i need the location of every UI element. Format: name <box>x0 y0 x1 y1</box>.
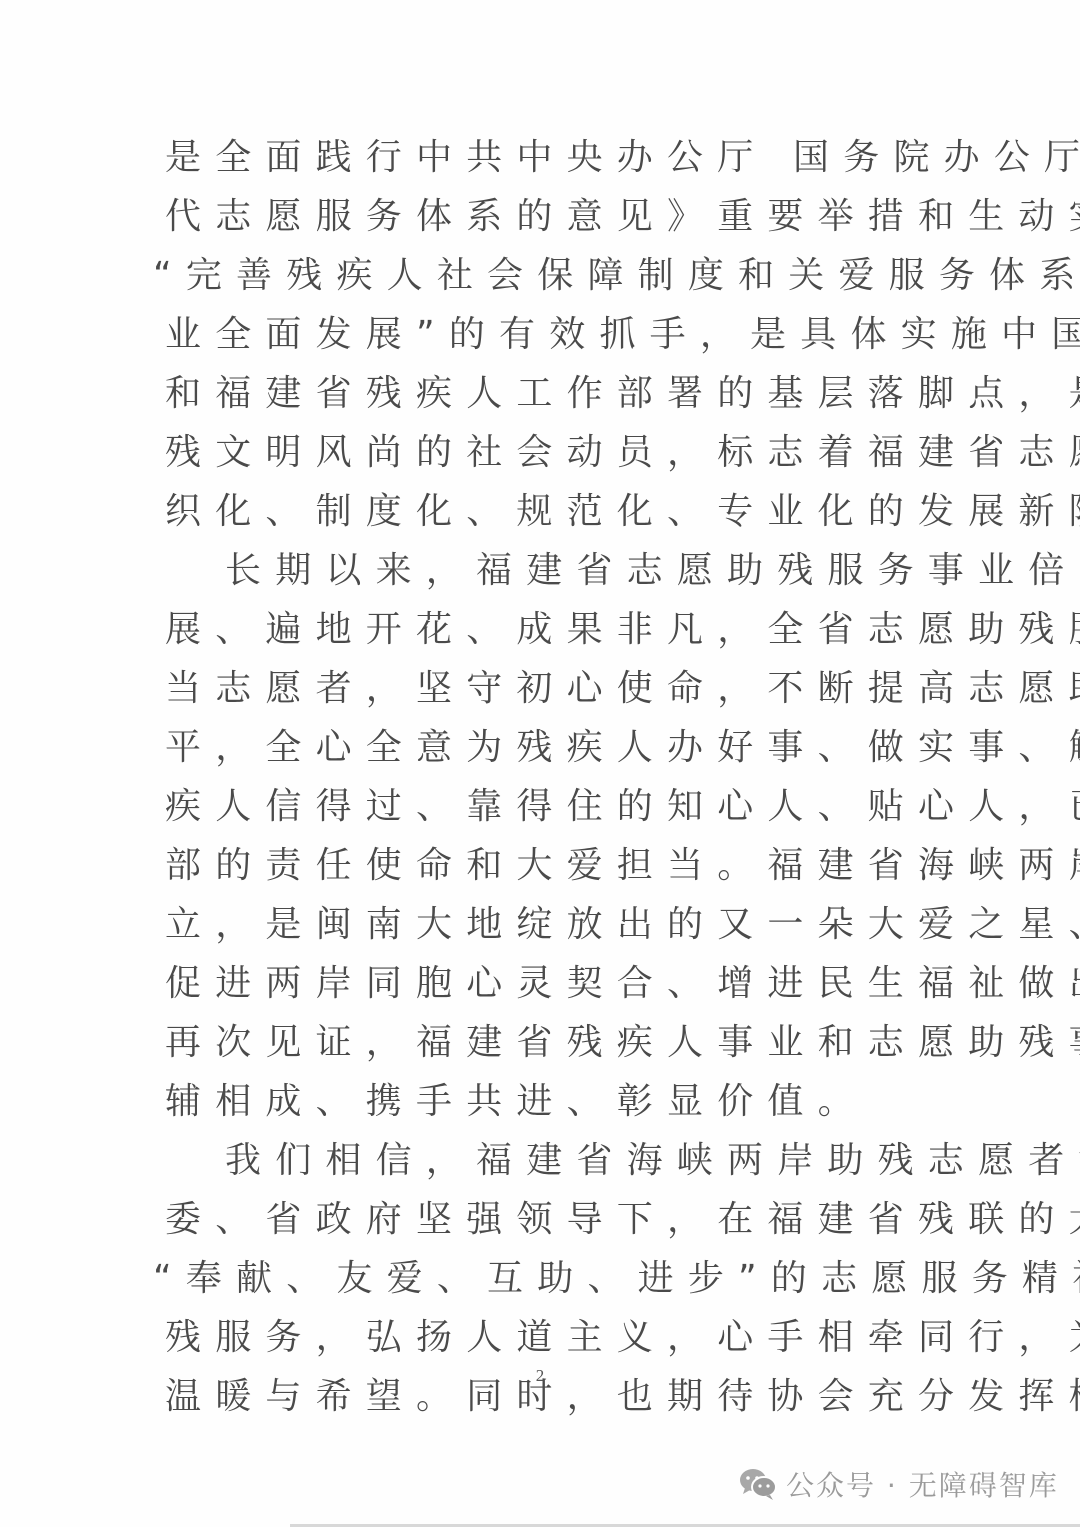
wechat-icon <box>738 1467 778 1501</box>
text-line: 疾人信得过、靠得住的知心人、贴心人，已成为广大党员干 <box>165 782 925 841</box>
text-line: 委、省政府坚强领导下，在福建省残联的大力支持下，秉持 <box>165 1195 925 1254</box>
text-line-paragraph-start: 我们相信，福建省海峡两岸助残志愿者协会将在福建省 <box>165 1136 925 1195</box>
document-page: 是全面践行中共中央办公厅 国务院办公厅《关于健全新时 代志愿服务体系的意见》重要… <box>0 0 1080 1527</box>
text-line: 部的责任使命和大爱担当。福建省海峡两岸志愿者协会的成 <box>165 841 925 900</box>
text-line: 展、遍地开花、成果非凡，全省志愿助残服务蔚然成风。争 <box>165 605 925 664</box>
text-line: 辅相成、携手共进、彰显价值。 <box>165 1077 925 1136</box>
text-line: 残服务，弘扬人道主义，心手相牵同行，为残疾人送去更多 <box>165 1313 925 1372</box>
wechat-watermark: 公众号 · 无障碍智库 <box>738 1462 1059 1506</box>
text-line: 立，是闽南大地绽放出的又一朵大爱之星、绮丽之花，将为 <box>165 900 925 959</box>
text-line: 是全面践行中共中央办公厅 国务院办公厅《关于健全新时 <box>165 133 925 192</box>
text-line: 当志愿者，坚守初心使命，不断提高志愿助残服务能力和水 <box>165 664 925 723</box>
text-line: 织化、制度化、规范化、专业化的发展新阶段。 <box>165 487 925 546</box>
document-body: 是全面践行中共中央办公厅 国务院办公厅《关于健全新时 代志愿服务体系的意见》重要… <box>165 133 925 1431</box>
text-line: 平，全心全意为残疾人办好事、做实事、解难事，努力做残 <box>165 723 925 782</box>
text-line: 残文明风尚的社会动员，标志着福建省志愿助残事业迈入组 <box>165 428 925 487</box>
text-line-paragraph-start: 长期以来，福建省志愿助残服务事业倍受瞩目、长足发 <box>165 546 925 605</box>
text-line: 代志愿服务体系的意见》重要举措和生动实践，是全面落实 <box>165 192 925 251</box>
watermark-text: 公众号 · 无障碍智库 <box>786 1464 1059 1504</box>
page-number: 2 <box>530 1366 550 1386</box>
text-line: 业全面发展”的有效抓手，是具体实施中国残联八代会精神 <box>165 310 925 369</box>
text-line: 促进两岸同胞心灵契合、增进民生福祉做出特殊贡献。我们 <box>165 959 925 1018</box>
text-line: 和福建省残疾人工作部署的基层落脚点，是大力弘扬扶残助 <box>165 369 925 428</box>
text-line: “完善残疾人社会保障制度和关爱服务体系，促进残疾人事 <box>153 251 925 310</box>
text-line: 再次见证，福建省残疾人事业和志愿助残事业相依相伴、相 <box>165 1018 925 1077</box>
text-line: “奉献、友爱、互助、进步”的志愿服务精神，积极投身助 <box>153 1254 925 1313</box>
